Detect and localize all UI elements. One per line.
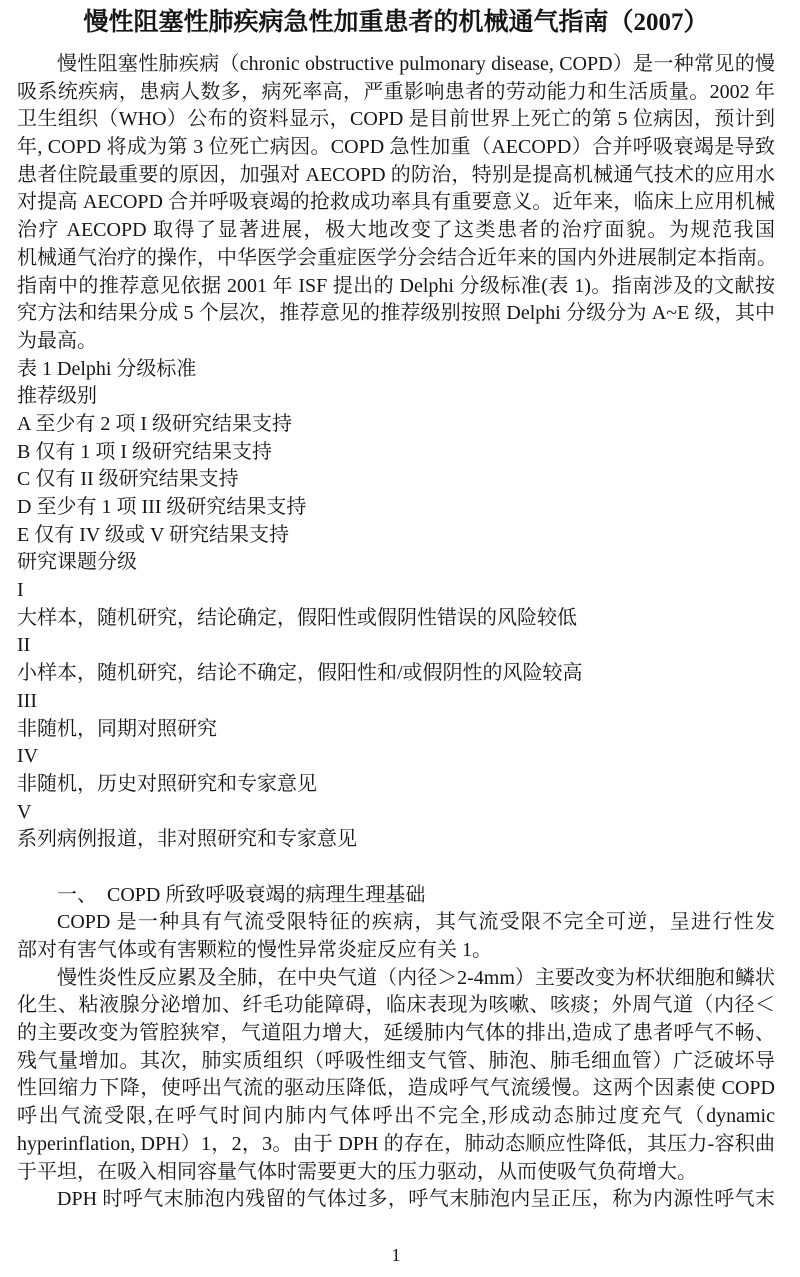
text-line: 残气量增加。其次，肺实质组织（呼吸性细支气管、肺泡、肺毛细血管）广泛破坏导致肺弹 — [17, 1048, 775, 1076]
text-line: 非随机，同期对照研究 — [17, 716, 775, 744]
page-number: 1 — [17, 1243, 775, 1267]
text-line: III — [17, 688, 775, 716]
text-line: 为最高。 — [17, 328, 775, 356]
text-line: 化生、粘液腺分泌增加、纤毛功能障碍，临床表现为咳嗽、咳痰；外周气道（内径＜2mm… — [17, 992, 775, 1020]
text-line: DPH 时呼气末肺泡内残留的气体过多，呼气末肺泡内呈正压，称为内源性呼气末正压 — [17, 1186, 775, 1214]
text-line: A 至少有 2 项 I 级研究结果支持 — [17, 411, 775, 439]
text-line: 慢性阻塞性肺疾病（chronic obstructive pulmonary d… — [17, 51, 775, 79]
text-line: 究方法和结果分成 5 个层次，推荐意见的推荐级别按照 Delphi 分级分为 A… — [17, 300, 775, 328]
text-line: 患者住院最重要的原因，加强对 AECOPD 的防治，特别是提高机械通气技术的应用… — [17, 162, 775, 190]
text-line: 研究课题分级 — [17, 549, 775, 577]
text-line: 治疗 AECOPD 取得了显著进展，极大地改变了这类患者的治疗面貌。为规范我国 … — [17, 217, 775, 245]
text-line: 非随机，历史对照研究和专家意见 — [17, 771, 775, 799]
text-line: V — [17, 799, 775, 827]
text-line: 指南中的推荐意见依据 2001 年 ISF 提出的 Delphi 分级标准(表 … — [17, 273, 775, 301]
text-line: II — [17, 632, 775, 660]
text-line: B 仅有 1 项 I 级研究结果支持 — [17, 439, 775, 467]
text-line: 部对有害气体或有害颗粒的慢性异常炎症反应有关 1。 — [17, 937, 775, 965]
document-body: 慢性阻塞性肺疾病（chronic obstructive pulmonary d… — [17, 51, 775, 1214]
text-line: 表 1 Delphi 分级标准 — [17, 356, 775, 384]
text-line: D 至少有 1 项 III 级研究结果支持 — [17, 494, 775, 522]
text-line: 小样本，随机研究，结论不确定，假阳性和/或假阴性的风险较高 — [17, 660, 775, 688]
text-line: 卫生组织（WHO）公布的资料显示，COPD 是目前世界上死亡的第 5 位病因，预… — [17, 106, 775, 134]
document-title: 慢性阻塞性肺疾病急性加重患者的机械通气指南（2007） — [17, 7, 775, 39]
text-line: 对提高 AECOPD 合并呼吸衰竭的抢救成功率具有重要意义。近年来，临床上应用机… — [17, 189, 775, 217]
text-line: E 仅有 IV 级或 V 研究结果支持 — [17, 522, 775, 550]
text-line: 系列病例报道，非对照研究和专家意见 — [17, 826, 775, 854]
text-line: 呼出气流受限,在呼气时间内肺内气体呼出不完全,形成动态肺过度充气（dynamic… — [17, 1103, 775, 1131]
blank-line — [17, 854, 775, 882]
text-line: 性回缩力下降，使呼出气流的驱动压降低，造成呼气气流缓慢。这两个因素使 COPD … — [17, 1075, 775, 1103]
text-line: 于平坦，在吸入相同容量气体时需要更大的压力驱动，从而使吸气负荷增大。 — [17, 1159, 775, 1187]
text-line: 年, COPD 将成为第 3 位死亡病因。COPD 急性加重（AECOPD）合并… — [17, 134, 775, 162]
text-line: 慢性炎性反应累及全肺，在中央气道（内径＞2-4mm）主要改变为杯状细胞和鳞状细胞 — [17, 965, 775, 993]
text-line: C 仅有 II 级研究结果支持 — [17, 466, 775, 494]
text-line: COPD 是一种具有气流受限特征的疾病，其气流受限不完全可逆，呈进行性发展，与肺 — [17, 909, 775, 937]
text-line: 的主要改变为管腔狭窄，气道阻力增大，延缓肺内气体的排出,造成了患者呼气不畅、功能 — [17, 1020, 775, 1048]
text-line: hyperinflation, DPH）1，2，3。由于 DPH 的存在，肺动态… — [17, 1131, 775, 1159]
text-line: 大样本，随机研究，结论确定，假阳性或假阴性错误的风险较低 — [17, 605, 775, 633]
text-line: 机械通气治疗的操作，中华医学会重症医学分会结合近年来的国内外进展制定本指南。 — [17, 245, 775, 273]
text-line: IV — [17, 743, 775, 771]
text-line: 推荐级别 — [17, 383, 775, 411]
text-line: 一、 COPD 所致呼吸衰竭的病理生理基础 — [17, 882, 775, 910]
text-line: 吸系统疾病，患病人数多，病死率高，严重影响患者的劳动能力和生活质量。2002 年… — [17, 79, 775, 107]
text-line: I — [17, 577, 775, 605]
document-page: 慢性阻塞性肺疾病急性加重患者的机械通气指南（2007） 慢性阻塞性肺疾病（chr… — [0, 0, 800, 1277]
